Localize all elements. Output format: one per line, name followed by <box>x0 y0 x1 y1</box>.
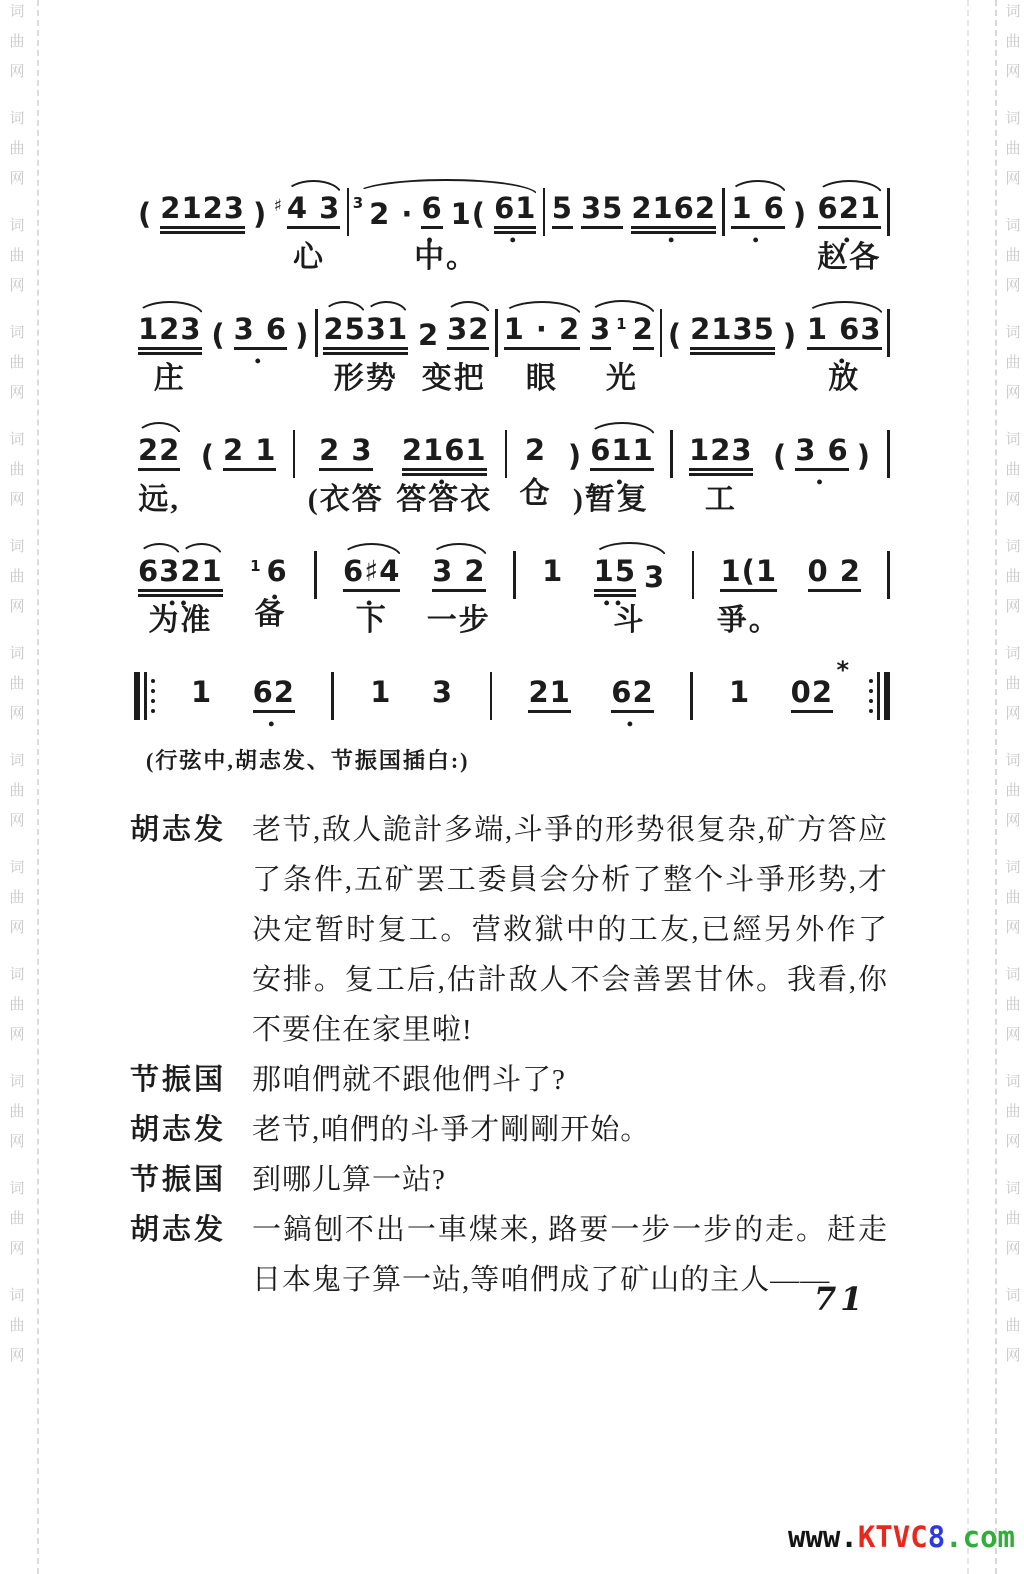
watermark-part: .com <box>945 1520 1015 1554</box>
side-watermark-text: 词曲网 <box>9 4 24 79</box>
lyric-syllable: (衣答 <box>308 483 384 517</box>
note-text: 0 2 <box>808 557 861 592</box>
watermark-char: 曲 <box>9 569 24 584</box>
music-column: 2161•答答衣 <box>396 420 492 517</box>
watermark-char: 词 <box>9 325 24 340</box>
music-column: 1 <box>366 662 395 707</box>
side-watermark-right: 词曲网词曲网词曲网词曲网词曲网词曲网词曲网词曲网词曲网词曲网词曲网词曲网词曲网 <box>1000 4 1024 1574</box>
note-text: 3 <box>590 315 611 350</box>
note-group: 21 <box>524 662 574 713</box>
music-note: 1 <box>616 317 627 332</box>
note-text: 1 6 <box>731 194 784 229</box>
note-text: 62 <box>611 678 653 713</box>
note-text: ) <box>295 321 309 350</box>
watermark-char: 词 <box>1005 218 1020 233</box>
watermark-char: 网 <box>9 1134 24 1149</box>
note-text: 21 <box>528 678 570 713</box>
note-text: 2 · <box>369 200 413 229</box>
music-note: 3 <box>432 678 453 707</box>
note-text: 2531 <box>323 315 408 350</box>
barline <box>692 541 695 599</box>
music-note: 2 3 <box>319 436 372 471</box>
music-note: 621• <box>818 194 882 229</box>
note-group: 22 <box>134 420 184 471</box>
music-note: 6♯4• <box>343 557 400 592</box>
watermark-char: 词 <box>1005 325 1020 340</box>
octave-dots: • <box>668 237 679 243</box>
dialogue-turn: 胡志发老节,敌人詭計多端,斗爭的形势很复杂,矿方答应了条件,五矿罢工委員会分析了… <box>130 805 894 1055</box>
watermark-char: 网 <box>9 1348 24 1363</box>
music-column: 123工 <box>685 420 757 517</box>
note-text: 62 <box>253 678 295 713</box>
note-text: 1 <box>250 559 261 574</box>
music-note: 1( <box>451 200 486 229</box>
watermark-char: 曲 <box>9 248 24 263</box>
music-note: 3 <box>353 196 364 211</box>
music-note: 0 2 <box>808 557 861 592</box>
music-note: 6321•• <box>138 557 223 592</box>
music-note: 2531 <box>323 315 408 350</box>
barline <box>543 178 546 236</box>
note-group: 62• <box>249 662 299 713</box>
music-column: 02 <box>787 662 837 713</box>
watermark-char: 曲 <box>1005 997 1020 1012</box>
music-line: 22远,(2 12 3(衣答2161•答答衣2仓)611•)暂复123工(3 6… <box>134 420 890 517</box>
watermark-char: 曲 <box>9 34 24 49</box>
note-text: 1 <box>370 678 391 707</box>
note-group: 15••3 <box>590 541 670 592</box>
music-note: ) <box>793 200 807 229</box>
dialogue-turn: 节振国到哪儿算一站? <box>130 1155 894 1205</box>
music-column: 32 ·6•1(61•中。 <box>352 178 541 275</box>
music-note: 2 <box>525 436 546 465</box>
octave-dots: • <box>268 721 279 727</box>
note-group: (3 6•) <box>769 420 875 471</box>
watermark-char: 网 <box>1005 64 1020 79</box>
note-text: 3 <box>353 196 364 211</box>
barline <box>134 662 155 720</box>
barline <box>490 662 493 720</box>
side-watermark-text: 词曲网 <box>1005 1181 1020 1256</box>
side-watermark-left: 词曲网词曲网词曲网词曲网词曲网词曲网词曲网词曲网词曲网词曲网词曲网词曲网词曲网 <box>4 4 30 1574</box>
note-group: 1 · 2 <box>500 299 585 350</box>
note-text: 1 <box>616 317 627 332</box>
note-group: 1 <box>538 541 567 586</box>
octave-dots: • <box>510 237 521 243</box>
note-text: ) <box>793 200 807 229</box>
octave-dots: • <box>439 479 450 485</box>
side-watermark-text: 词曲网 <box>1005 539 1020 614</box>
note-text: 1 · 2 <box>504 315 581 350</box>
barline <box>690 662 693 720</box>
watermark-char: 曲 <box>1005 783 1020 798</box>
watermark-part: KTVC <box>858 1520 928 1554</box>
music-note: ♯ <box>274 198 283 215</box>
music-column: 1 · 2眼 <box>500 299 585 396</box>
music-note: ) <box>857 442 871 471</box>
note-text: 6 <box>267 557 288 586</box>
watermark-char: 词 <box>1005 646 1020 661</box>
scan-edge-line <box>37 0 39 1574</box>
watermark-char: 网 <box>1005 492 1020 507</box>
side-watermark-text: 词曲网 <box>9 111 24 186</box>
music-column: 62• <box>607 662 657 713</box>
barline <box>670 420 673 478</box>
barline <box>293 420 296 478</box>
side-watermark-text: 词曲网 <box>1005 967 1020 1042</box>
side-watermark-text: 词曲网 <box>1005 218 1020 293</box>
watermark-char: 词 <box>9 753 24 768</box>
lyric-syllable: 庄 <box>154 362 186 396</box>
music-note: 2 <box>633 315 654 350</box>
lyric-syllable: 一步 <box>427 604 491 638</box>
music-note: 2 <box>418 321 439 350</box>
note-group: 0 2 <box>804 541 865 592</box>
music-note: 3 <box>644 563 665 592</box>
note-group: 6♯4• <box>339 541 404 592</box>
music-note: ) <box>253 200 267 229</box>
music-note: 3 6• <box>795 436 848 471</box>
watermark-char: 网 <box>9 1027 24 1042</box>
music-column: 232变把 <box>414 299 494 396</box>
side-watermark-text: 词曲网 <box>9 646 24 721</box>
side-watermark-text: 词曲网 <box>1005 4 1020 79</box>
side-watermark-text: 词曲网 <box>1005 1074 1020 1149</box>
note-group: 621• <box>814 178 886 229</box>
music-note: 2 1 <box>223 436 276 471</box>
music-note: 5 <box>552 194 573 229</box>
note-text: 1 <box>542 557 563 586</box>
note-text: 1 <box>191 678 212 707</box>
music-column: (3 6•) <box>769 420 875 517</box>
watermark-char: 词 <box>1005 753 1020 768</box>
watermark-char: 曲 <box>9 355 24 370</box>
music-note: 1 · 2 <box>504 315 581 350</box>
side-watermark-text: 词曲网 <box>9 1074 24 1149</box>
note-group: (2 1 <box>197 420 281 471</box>
note-group: 3 <box>428 662 457 707</box>
stage-direction: (行弦中,胡志发、节振国插白:) <box>146 744 894 775</box>
barline <box>887 178 890 236</box>
music-column: (2135) <box>664 299 801 396</box>
note-text: 1 63 <box>807 315 882 350</box>
note-text: 2135 <box>690 315 775 350</box>
lyric-syllable: 远, <box>138 483 180 517</box>
music-column: 1 <box>538 541 567 632</box>
music-note: ( <box>201 442 215 471</box>
octave-dots: • <box>752 237 763 243</box>
note-group: 1(1 <box>716 541 781 592</box>
octave-dots: • <box>627 721 638 727</box>
note-group: 62• <box>607 662 657 713</box>
dialogue-turn: 节振国那咱們就不跟他們斗了? <box>130 1055 894 1105</box>
watermark-char: 曲 <box>9 997 24 1012</box>
music-column: 0 2 <box>804 541 865 638</box>
note-text: ( <box>773 442 787 471</box>
note-text: 15 <box>594 557 636 592</box>
music-note: 2 · <box>369 200 413 229</box>
watermark-char: 网 <box>1005 278 1020 293</box>
watermark-char: 词 <box>9 1288 24 1303</box>
watermark-char: 网 <box>9 1241 24 1256</box>
note-text: 02 <box>791 678 833 713</box>
watermark-char: 词 <box>1005 4 1020 19</box>
watermark-char: 曲 <box>9 783 24 798</box>
music-column: 621•赵各 <box>814 178 886 275</box>
music-column: 3 2一步 <box>427 541 491 638</box>
music-column: 1 6•) <box>727 178 811 275</box>
music-line: (2123)♯4 3心32 ·6•1(61•中。5352162•1 6•)621… <box>134 178 890 275</box>
dialogue-speaker: 胡志发 <box>130 1205 252 1255</box>
watermark-char: 词 <box>9 432 24 447</box>
note-group: (2135) <box>664 299 801 350</box>
music-note: 1 63• <box>807 315 882 350</box>
music-note: 4 3 <box>287 194 340 229</box>
barline <box>660 299 663 357</box>
music-note: 61• <box>494 194 536 229</box>
note-text: 123 <box>138 315 202 350</box>
side-watermark-text: 词曲网 <box>1005 1288 1020 1363</box>
music-column: )611•)暂复 <box>564 420 658 517</box>
octave-dots: • <box>271 594 282 600</box>
note-group: 3 2 <box>428 541 489 592</box>
music-column: 2仓 <box>520 420 552 511</box>
lyric-syllable: 工 <box>705 483 737 517</box>
music-column: 1(1爭。 <box>716 541 781 638</box>
watermark-part: www. <box>788 1520 858 1554</box>
music-note: 3 6• <box>234 315 287 350</box>
note-text: 61 <box>494 194 536 229</box>
side-watermark-text: 词曲网 <box>9 1181 24 1256</box>
music-note: 35 <box>581 194 623 229</box>
scan-edge-line <box>967 0 969 1574</box>
note-text: 1(1 <box>720 557 777 592</box>
note-text: 2 1 <box>223 436 276 471</box>
watermark-char: 词 <box>9 646 24 661</box>
note-group: 123 <box>134 299 206 350</box>
note-group: (2123) <box>134 178 271 229</box>
watermark-char: 曲 <box>1005 1318 1020 1333</box>
octave-dots: • <box>255 358 266 364</box>
watermark-char: 曲 <box>9 1318 24 1333</box>
watermark-char: 网 <box>1005 171 1020 186</box>
dialogue-speaker: 节振国 <box>130 1155 252 1205</box>
watermark-char: 词 <box>1005 1074 1020 1089</box>
watermark-char: 词 <box>9 967 24 982</box>
lyric-syllable: 爭。 <box>717 604 781 638</box>
note-text: 1( <box>451 200 486 229</box>
music-column: 312光 <box>586 299 658 396</box>
music-column: 5352162• <box>548 178 720 275</box>
octave-dots: •• <box>604 600 627 606</box>
music-note: 21 <box>528 678 570 713</box>
scan-edge-line <box>995 0 997 1574</box>
music-column: 15••3斗 <box>590 541 670 638</box>
side-watermark-text: 词曲网 <box>9 967 24 1042</box>
side-watermark-text: 词曲网 <box>1005 646 1020 721</box>
barline <box>722 178 725 236</box>
note-text: ♯ <box>274 198 283 215</box>
watermark-char: 词 <box>1005 967 1020 982</box>
music-note: 123 <box>138 315 202 350</box>
note-text: 2162 <box>631 194 716 229</box>
side-watermark-text: 词曲网 <box>9 325 24 400</box>
dialogue-speaker: 胡志发 <box>130 805 252 855</box>
watermark-char: 网 <box>1005 385 1020 400</box>
lyric-syllable: 光 <box>606 362 638 396</box>
note-text: 2123 <box>160 194 245 229</box>
watermark-char: 网 <box>1005 1241 1020 1256</box>
watermark-char: 网 <box>9 920 24 935</box>
watermark-char: 曲 <box>9 141 24 156</box>
music-column: 6♯4•下 <box>339 541 404 638</box>
side-watermark-text: 词曲网 <box>9 432 24 507</box>
note-group: 5352162• <box>548 178 720 229</box>
music-note: 123 <box>689 436 753 471</box>
watermark-char: 曲 <box>9 1211 24 1226</box>
music-note: 6• <box>267 557 288 586</box>
octave-dots: • <box>816 479 827 485</box>
watermark-char: 曲 <box>9 462 24 477</box>
dialogue-section: 胡志发老节,敌人詭計多端,斗爭的形势很复杂,矿方答应了条件,五矿罢工委員会分析了… <box>130 805 894 1305</box>
music-note: 1(1 <box>720 557 777 592</box>
octave-dots: • <box>839 358 850 364</box>
watermark-char: 曲 <box>9 890 24 905</box>
watermark-char: 词 <box>9 1181 24 1196</box>
note-group: 02 <box>787 662 837 713</box>
note-group: 1 63• <box>803 299 886 350</box>
music-note: ( <box>668 321 682 350</box>
side-watermark-text: 词曲网 <box>9 753 24 828</box>
watermark-char: 曲 <box>1005 890 1020 905</box>
side-watermark-text: 词曲网 <box>1005 325 1020 400</box>
watermark-char: 词 <box>1005 432 1020 447</box>
dialogue-text: 老节,敌人詭計多端,斗爭的形势很复杂,矿方答应了条件,五矿罢工委員会分析了整个斗… <box>252 805 888 1055</box>
barline <box>887 541 890 599</box>
watermark-char: 词 <box>9 860 24 875</box>
watermark-char: 曲 <box>1005 462 1020 477</box>
watermark-char: 网 <box>1005 1134 1020 1149</box>
note-group: 1 <box>366 662 395 707</box>
watermark-char: 网 <box>9 599 24 614</box>
music-notation: (2123)♯4 3心32 ·6•1(61•中。5352162•1 6•)621… <box>130 178 894 720</box>
lyric-syllable: 形势 <box>334 362 398 396</box>
dialogue-text: 老节,咱們的斗爭才剛剛开始。 <box>252 1105 888 1155</box>
note-group: 2161• <box>398 420 491 471</box>
note-text: 3 6 <box>795 436 848 471</box>
music-line: 6321••为准16•备6♯4•下3 2一步115••3斗1(1爭。0 2 <box>134 541 890 638</box>
note-text: 2 3 <box>319 436 372 471</box>
music-note: 6• <box>421 194 442 229</box>
note-group: 312 <box>586 299 658 350</box>
note-text: 35 <box>581 194 623 229</box>
barline <box>315 299 318 357</box>
music-column: 62• <box>249 662 299 713</box>
music-line: 162•132162•102 <box>134 662 890 720</box>
music-column: 16•备 <box>249 541 292 632</box>
page-content: (2123)♯4 3心32 ·6•1(61•中。5352162•1 6•)621… <box>130 178 894 1305</box>
note-group: 1 6•) <box>727 178 811 229</box>
music-note: 3 2 <box>432 557 485 592</box>
music-note: 2162• <box>631 194 716 229</box>
music-column: (2123) <box>134 178 271 275</box>
note-group: 2 <box>521 420 550 465</box>
note-text: 3 <box>432 678 453 707</box>
music-column: 21 <box>524 662 574 713</box>
watermark-char: 网 <box>1005 1027 1020 1042</box>
music-column: (3 6•) <box>207 299 313 396</box>
octave-dots: • <box>426 237 437 243</box>
watermark-char: 曲 <box>1005 141 1020 156</box>
watermark-char: 网 <box>9 171 24 186</box>
note-text: 3 2 <box>432 557 485 592</box>
lyric-syllable: 中。 <box>414 241 478 275</box>
music-column: 2531形势 <box>319 299 412 396</box>
music-note: 611• <box>590 436 654 471</box>
note-group: 2 3 <box>315 420 376 471</box>
watermark-char: 网 <box>1005 706 1020 721</box>
music-note: ) <box>295 321 309 350</box>
dialogue-speaker: 节振国 <box>130 1055 252 1105</box>
note-text: 621 <box>818 194 882 229</box>
music-column: 6321••为准 <box>134 541 227 638</box>
music-note: ) <box>568 442 582 471</box>
note-group: )611• <box>564 420 658 471</box>
music-note: 62• <box>253 678 295 713</box>
note-text: ( <box>211 321 225 350</box>
side-watermark-text: 词曲网 <box>1005 753 1020 828</box>
octave-dots: •• <box>169 600 192 606</box>
side-watermark-text: 词曲网 <box>9 1288 24 1363</box>
music-note: ( <box>211 321 225 350</box>
note-text: 5 <box>552 194 573 229</box>
barline <box>887 420 890 478</box>
watermark-char: 网 <box>1005 813 1020 828</box>
side-watermark-text: 词曲网 <box>9 860 24 935</box>
music-note: 1 <box>191 678 212 707</box>
music-column: 1 <box>187 662 216 707</box>
watermark-char: 曲 <box>9 676 24 691</box>
note-group: 16• <box>249 541 292 586</box>
music-note: 2161• <box>402 436 487 471</box>
dialogue-speaker: 胡志发 <box>130 1105 252 1155</box>
watermark-char: 曲 <box>9 1104 24 1119</box>
watermark-char: 曲 <box>1005 569 1020 584</box>
note-text: ) <box>783 321 797 350</box>
music-note: 3 <box>590 315 611 350</box>
music-note: 2123 <box>160 194 245 229</box>
note-text: 123 <box>689 436 753 471</box>
watermark-char: 词 <box>1005 1181 1020 1196</box>
music-note: ( <box>773 442 787 471</box>
note-text: ( <box>138 200 152 229</box>
music-note: 2135 <box>690 315 775 350</box>
note-text: ) <box>253 200 267 229</box>
note-text: ) <box>568 442 582 471</box>
side-watermark-text: 词曲网 <box>9 539 24 614</box>
note-text: 32 <box>447 315 489 350</box>
music-note: 1 <box>729 678 750 707</box>
note-group: 123 <box>685 420 757 471</box>
watermark-char: 网 <box>1005 920 1020 935</box>
bottom-watermark: www.KTVC8.com <box>788 1520 1015 1554</box>
note-text: 6321 <box>138 557 223 592</box>
music-line: 123庄(3 6•)2531形势232变把1 · 2眼312光(2135)1 6… <box>134 299 890 396</box>
note-group: 2531 <box>319 299 412 350</box>
note-text: 611 <box>590 436 654 471</box>
barline <box>887 299 890 357</box>
watermark-char: 网 <box>9 64 24 79</box>
